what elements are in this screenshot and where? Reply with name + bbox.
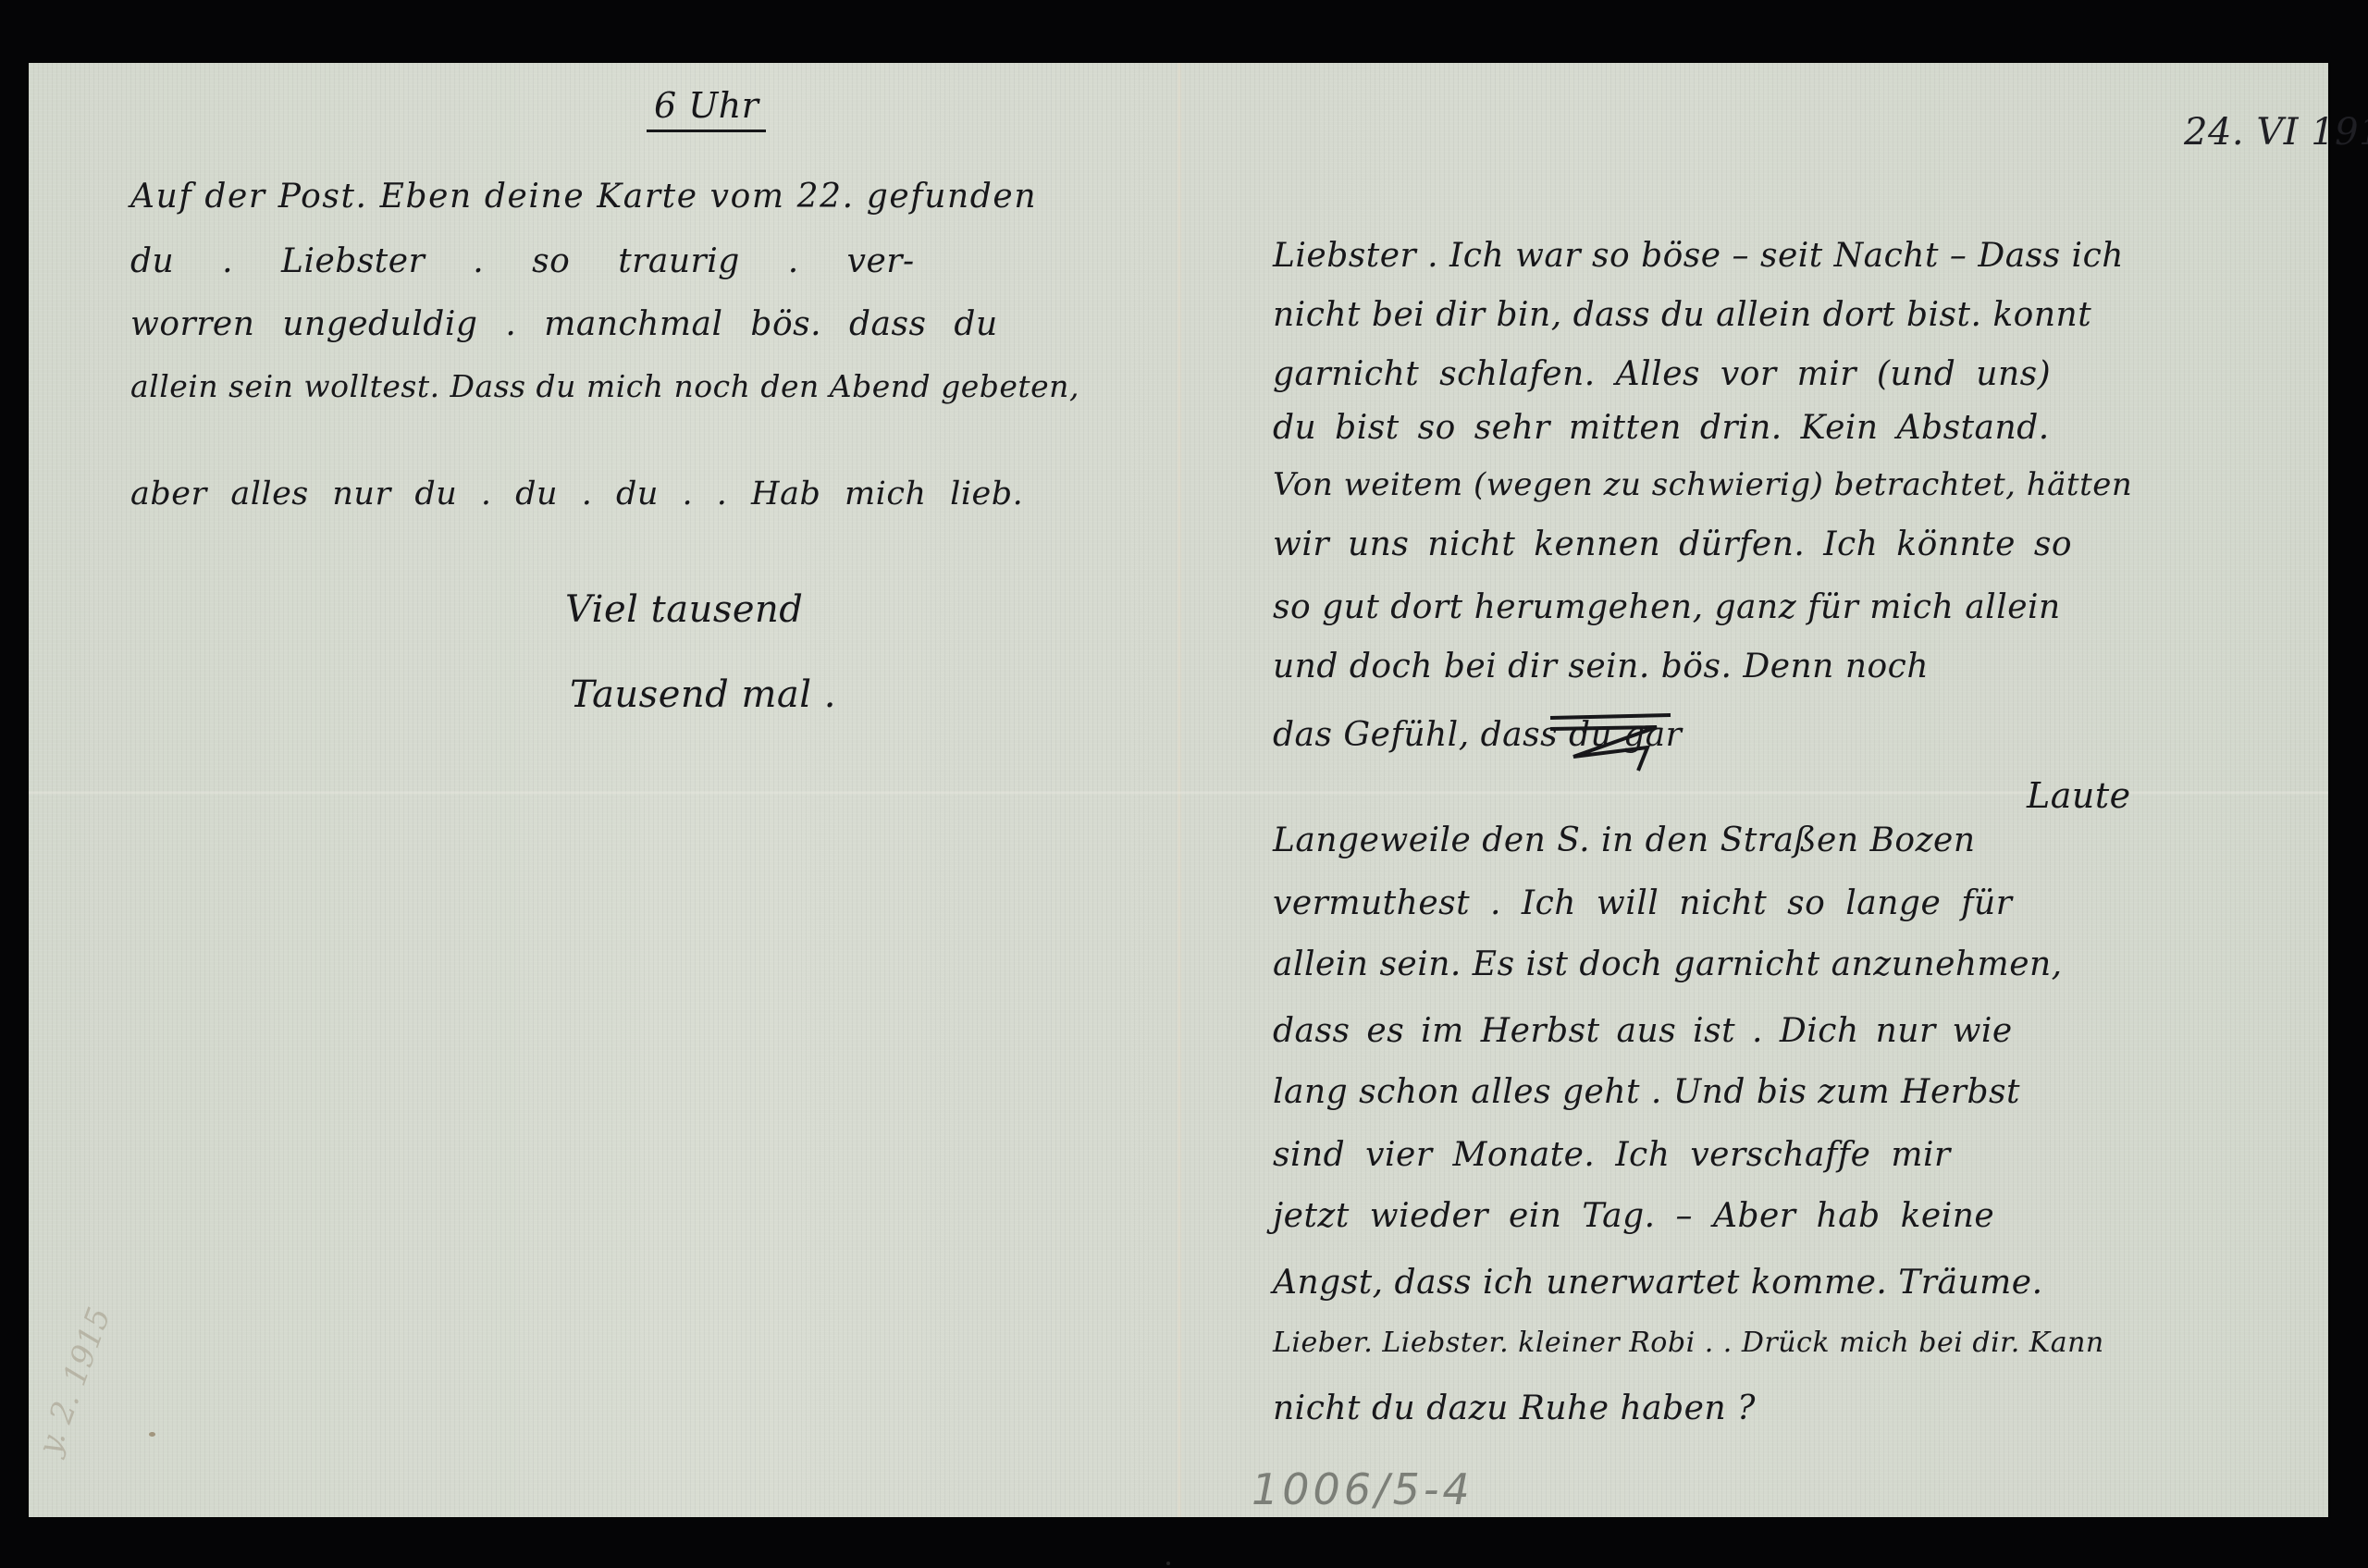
closing-line-1: Viel tausend	[565, 588, 803, 631]
right-line-6: wir uns nicht kennen dürfen. Ich könnte …	[1273, 525, 2072, 563]
right-line-8: und doch bei dir sein. bös. Denn noch	[1273, 648, 1929, 685]
letter-date: 24. VI 1915	[2184, 111, 2368, 154]
right-line-12: allein sein. Es ist doch garnicht anzune…	[1273, 945, 2063, 983]
faint-pencil-margin-note: y. 2. 1915	[31, 1303, 117, 1460]
ink-spot	[1166, 1562, 1170, 1565]
right-line-10: Langeweile den S. in den Straßen Bozen	[1273, 821, 1976, 859]
marginal-insert: Laute	[2027, 775, 2131, 816]
right-line-2: nicht bei dir bin, dass du allein dort b…	[1273, 296, 2091, 334]
right-line-15: sind vier Monate. Ich verschaffe mir	[1273, 1136, 1951, 1174]
archive-number: 1006/5-4	[1252, 1464, 1474, 1514]
scan-viewport: 6 Uhr Auf der Post. Eben deine Karte vom…	[0, 0, 2368, 1568]
left-line-1: Auf der Post. Eben deine Karte vom 22. g…	[130, 178, 1037, 216]
ink-spot	[149, 1432, 155, 1437]
right-line-3: garnicht schlafen. Alles vor mir (und un…	[1273, 355, 2051, 393]
right-line-4: du bist so sehr mitten drin. Kein Abstan…	[1273, 409, 2050, 447]
left-page-heading: 6 Uhr	[647, 85, 766, 132]
right-line-14: lang schon alles geht . Und bis zum Herb…	[1273, 1073, 2020, 1111]
right-line-13: dass es im Herbst aus ist . Dich nur wie	[1273, 1012, 2013, 1050]
left-line-2: du . Liebster . so traurig . ver-	[130, 242, 915, 280]
right-line-5: Von weitem (wegen zu schwierig) betracht…	[1273, 466, 2132, 503]
letter-sheet: 6 Uhr Auf der Post. Eben deine Karte vom…	[29, 63, 2328, 1517]
insertion-mark-icon	[1546, 710, 1675, 775]
vertical-fold-line	[1177, 63, 1182, 1517]
right-line-19: nicht du dazu Ruhe haben ?	[1273, 1389, 1756, 1427]
right-line-11: vermuthest . Ich will nicht so lange für	[1273, 884, 2012, 922]
left-line-5: aber alles nur du . du . du . . Hab mich…	[130, 475, 1023, 512]
right-line-7: so gut dort herumgehen, ganz für mich al…	[1273, 588, 2061, 626]
left-line-4: allein sein wolltest. Dass du mich noch …	[130, 368, 1079, 404]
right-line-1: Liebster . Ich war so böse – seit Nacht …	[1273, 237, 2124, 275]
right-line-18: Lieber. Liebster. kleiner Robi . . Drück…	[1273, 1327, 2104, 1359]
closing-line-2: Tausend mal .	[570, 673, 836, 716]
horizontal-fold-line	[29, 791, 2328, 795]
right-line-16: jetzt wieder ein Tag. – Aber hab keine	[1273, 1197, 1994, 1235]
right-line-17: Angst, dass ich unerwartet komme. Träume…	[1273, 1264, 2043, 1302]
left-line-3: worren ungeduldig . manchmal bös. dass d…	[130, 305, 998, 343]
